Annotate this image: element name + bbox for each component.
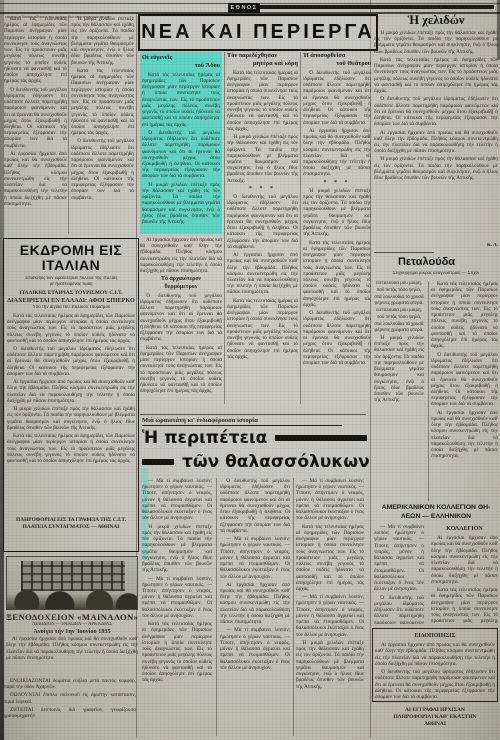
classifieds: ΕΝΟΙΚΙΑΖΟΝΤΑΙ δωμάτια εὐήλια μετὰ παντὸς…: [4, 678, 136, 736]
nea-column-3: Ἡ ἀποσυρθεῖσα τοῦ Θεάτρου Ὁ διευθυντὴς τ…: [303, 52, 371, 410]
nea-column-2: Τὸν παρεδέχθησαν μητέρα καὶ κόρη Κατὰ τὰ…: [227, 52, 298, 410]
body-text: Ὁ διευθυντὴς τοῦ μεγάλου ἱδρύματος ἐδήλω…: [142, 130, 220, 180]
body-text: Κατὰ τὰς τελευταίας ἡμέρας αἱ ἐφημερίδες…: [227, 298, 298, 360]
body-text: Κατὰ τὰς τελευταίας ἡμέρας αἱ ἐφημερίδες…: [4, 16, 67, 85]
college-subheader: ΚΟΛΛΕΓΙΟΝ: [431, 526, 498, 533]
article-header: Ἡ ἀποσυρθεῖσα τοῦ Θεάτρου: [303, 52, 371, 68]
hotel-ad-title: ΞΕΝΟΔΟΧΕΙΟΝ «ΜΑΙΝΑΛΟΝ»: [6, 612, 138, 622]
body-text: — Μὰ τί συμβαίνει λοιπόν; ἠρώτησεν ὁ γέρ…: [296, 478, 364, 522]
body-text: Ἡ μικρὰ χελιδὼν ἐπέταξε πρὸς τὴν θάλασσα…: [374, 30, 498, 55]
body-text: Ὁ διευθυντὴς τοῦ μεγάλου ἱδρύματος ἐδήλω…: [220, 478, 290, 534]
story-column-3: — Μὰ τί συμβαίνει λοιπόν; ἠρώτησεν ὁ γέρ…: [296, 478, 364, 736]
body-text: Αἱ ἐργασίαι ἤρχισαν ἀπὸ πρωίας καὶ θὰ συ…: [140, 237, 222, 274]
excursion-ad-footer2: ΠΛΑΤΕΙΑ ΣΥΝΤΑΓΜΑΤΟΣ — ΑΘΗΝΑΙ: [7, 524, 135, 531]
story-gutter-2: [293, 478, 294, 736]
body-text-block: Ἡ μικρὰ χελιδὼν ἐπέταξε πρὸς τὴν θάλασσα…: [374, 335, 424, 404]
notice-box: ΕΙΔΟΠΟΙΗΣΙΣ Αἱ ἐργασίαι ἤρχισαν ἀπὸ πρωί…: [372, 628, 498, 702]
notice-footer: ΑΙ ΕΓΓΡΑΦΑΙ ΗΡΧΙΣΑΝ ΠΛΗΡΟΦΟΡΙΑΙ ΚΑΘ' ΕΚΑ…: [372, 707, 498, 728]
article-body: Κατὰ τὰς τελευταίας ἡμέρας αἱ ἐφημερίδες…: [227, 70, 298, 184]
body-text: Αἱ ἐργασίαι ἤρχισαν ἀπὸ πρωίας καὶ θὰ συ…: [375, 642, 495, 667]
body-text: Αἱ ἐργασίαι ἤρχισαν ἀπὸ πρωίας καὶ θὰ συ…: [374, 130, 498, 155]
article-header-line1: Ἡ ἀποσυρθεῖσα: [303, 52, 371, 60]
article-header-line1: Οἱ εὐγενεῖς: [142, 54, 220, 62]
hotel-ad-body: Αἱ ἐργασίαι ἤρχισαν ἀπὸ πρωίας καὶ θὰ συ…: [6, 636, 138, 662]
nea-gutter-2: [300, 52, 301, 404]
excursion-ad-footer1: ΠΛΗΡΟΦΟΡΙΑΙ ΕΙΣ ΤΑ ΓΡΑΦΕΙΑ ΤΗΣ C.I.T.: [7, 517, 135, 524]
article-header: Τὸν παρεδέχθησαν μητέρα καὶ κόρη: [227, 52, 298, 68]
body-text: Κατὰ τὰς τελευταίας ἡμέρας αἱ ἐφημερίδες…: [227, 70, 298, 132]
petalouda-subtitle: Στιχούργημα μικρᾶς ἀναγνωστρίας — Στίχοι: [374, 271, 498, 277]
hotel-ad-opening: Ἀνοίγει τὴν 1ην Ἰουνίου 1935: [6, 628, 138, 636]
petalouda-gutter: [428, 281, 429, 501]
body-text: Κατὰ τὰς τελευταίας ἡμέρας αἱ ἐφημερίδες…: [296, 524, 364, 593]
left-gutter-rule: [68, 16, 69, 234]
body-text: Ὁ διευθυντὴς τοῦ μεγάλου ἱδρύματος ἐδήλω…: [375, 669, 495, 700]
article-subheader: Τὸ ἀρχαιότερον θερμόμετρον: [140, 276, 222, 290]
body-text: Κατὰ τὰς τελευταίας ἡμέρας αἱ ἐφημερίδες…: [7, 313, 135, 344]
body-text: Ὁ διευθυντὴς τοῦ μεγάλου ἱδρύματος ἐδήλω…: [431, 352, 498, 408]
excursion-ad-org2: ΔΙΑΧΕΙΡΙΣΤΑΙ ΕΝ ΕΛΛΑΔΙ: ΑΦΟΙ ΣΠΙΕΡΚΟ: [7, 297, 135, 305]
body-text: Κατὰ τὰς τελευταίας ἡμέρας αἱ ἐφημερίδες…: [7, 433, 135, 464]
article-body: Αἱ ἐργασίαι ἤρχισαν ἀπὸ πρωίας καὶ θὰ συ…: [140, 237, 222, 274]
body-text: — Μὰ τί συμβαίνει λοιπόν; ἠρώτησεν ὁ γέρ…: [220, 536, 290, 580]
classified-item: ΠΩΛΟΥΝΤΑΙ ἔπιπλα σαλονιοῦ εἰς ἀρίστην κα…: [4, 692, 136, 704]
body-text: Ὁ διευθυντὴς τοῦ μεγάλου ἱδρύματος ἐδήλω…: [374, 595, 424, 624]
story-kicker: Μιὰ ὡραιοτάτη κι' ἐνδιαφέρουσα ἱστορία: [142, 417, 342, 426]
story-column-2: Ὁ διευθυντὴς τοῦ μεγάλου ἱδρύματος ἐδήλω…: [220, 478, 290, 736]
body-text: Ὁ διευθυντὴς τοῦ μεγάλου ἱδρύματος ἐδήλω…: [227, 194, 298, 250]
excursion-ad-title: ΕΚΔΡΟΜΗ ΕΙΣ ΙΤΑΛΙΑΝ: [7, 243, 135, 274]
story-title-line2: τῶν θαλασσόλυκων: [182, 452, 370, 472]
poem-text: Πεταλούδα μου μικρή, ποῦ πετᾷς τόσο ψηλά…: [374, 281, 424, 308]
masthead-chip: ΕΘΝΟΣ: [228, 3, 260, 13]
body-text: Αἱ ἐργασίαι ἤρχισαν ἀπὸ πρωίας καὶ θὰ συ…: [220, 582, 290, 626]
body-text: Ὁ διευθυντὴς τοῦ μεγάλου ἱδρύματος ἐδήλω…: [374, 96, 498, 127]
body-text: — Μὰ τί συμβαίνει λοιπόν; ἠρώτησεν ὁ γέρ…: [142, 478, 212, 522]
body-text: — Μὰ τί συμβαίνει λοιπόν; ἠρώτησεν ὁ γέρ…: [220, 627, 290, 671]
notice-title: ΕΙΔΟΠΟΙΗΣΙΣ: [375, 633, 495, 640]
body-text: Ὁ διευθυντὴς τοῦ μεγάλου ἱδρύματος ἐδήλω…: [140, 293, 222, 343]
body-text: Κατὰ τὰς τελευταίας ἡμέρας αἱ ἐφημερίδες…: [431, 587, 498, 624]
section-separator: * * *: [227, 186, 298, 192]
body-text: Αἱ ἐργασίαι ἤρχισαν ἀπὸ πρωίας καὶ θὰ συ…: [431, 410, 498, 460]
subheader-line1: Τὸ ἀρχαιότερον: [140, 276, 222, 283]
body-text: Ἡ μικρὰ χελιδὼν ἐπέταξε πρὸς τὴν θάλασσα…: [142, 524, 212, 574]
petalouda-rule: [374, 252, 434, 253]
classified-item: ΖΗΤΕΙΤΑΙ δεσποινὶς διὰ γραφεῖον, γνωρίζο…: [4, 707, 136, 719]
body-text: Ὁ διευθυντὴς τοῦ μεγάλου ἱδρύματος ἐδήλω…: [71, 138, 134, 200]
article-body: Ἡ μικρὰ χελιδὼν ἐπέταξε πρὸς τὴν θάλασσα…: [303, 188, 371, 367]
body-text: Ἡ μικρὰ χελιδὼν ἐπέταξε πρὸς τὴν θάλασσα…: [374, 335, 424, 404]
highlighted-article: Οἱ εὐγενεῖς τοῦ Ἄδου Κατὰ τὰς τελευταίας…: [140, 52, 222, 234]
nea-column-1: Οἱ εὐγενεῖς τοῦ Ἄδου Κατὰ τὰς τελευταίας…: [140, 52, 222, 410]
body-text: Ἡ μικρὰ χελιδὼν ἐπέταξε πρὸς τὴν θάλασσα…: [374, 156, 498, 181]
excursion-ad-subtitle2: μὲ ἠλαττωμένας τιμάς: [7, 282, 135, 288]
body-text: Ἡ μικρὰ χελιδὼν ἐπέταξε πρὸς τὴν θάλασσα…: [7, 406, 135, 431]
left-column-b: Ἡ μικρὰ χελιδὼν ἐπέταξε πρὸς τὴν θάλασσα…: [71, 16, 134, 234]
story-title-line1: Ἡ περιπέτεια: [142, 428, 267, 448]
chelidon-body: Ἡ μικρὰ χελιδὼν ἐπέταξε πρὸς τὴν θάλασσα…: [374, 30, 498, 242]
notice-footer-line3: ΑΘΗΝΑΙ: [372, 721, 498, 728]
article-body: Ὁ διευθυντὴς τοῦ μεγάλου ἱδρύματος ἐδήλω…: [227, 194, 298, 360]
poem-text: Πεταλούδα μου μικρή, ποῦ πετᾷς τόσο ψηλά…: [374, 308, 424, 335]
body-text: Ὁ διευθυντὴς τοῦ μεγάλου ἱδρύματος ἐδήλω…: [7, 346, 135, 377]
story-title-row1: Ἡ περιπέτεια: [142, 428, 367, 448]
section-headline-box: ΝΕΑ ΚΑΙ ΠΕΡΙΕΡΓΑ: [138, 14, 378, 51]
section-headline: ΝΕΑ ΚΑΙ ΠΕΡΙΕΡΓΑ: [141, 21, 374, 44]
petalouda-poem-column: Πεταλούδα μου μικρή, ποῦ πετᾷς τόσο ψηλά…: [374, 281, 424, 501]
body-text: Αἱ ἐργασίαι ἤρχισαν ἀπὸ πρωίας καὶ θὰ συ…: [6, 636, 138, 661]
story-title-row2: τῶν θαλασσόλυκων: [142, 452, 370, 472]
notice-footer-line1: ΑΙ ΕΓΓΡΑΦΑΙ ΗΡΧΙΣΑΝ: [372, 707, 498, 714]
excursion-ad-org1: ΙΤΑΛΙΚΗΣ ΕΤΑΙΡΙΑΣ ΤΟΥΡΙΣΜΟΥ C.I.T.: [7, 290, 135, 297]
hotel-trees-image: [7, 587, 138, 609]
body-text: Αἱ ἐργασίαι ἤρχισαν ἀπὸ πρωίας καὶ θὰ συ…: [7, 379, 135, 404]
article-header-line2: μητέρα καὶ κόρη: [227, 60, 298, 68]
article-body: Κατὰ τὰς τελευταίας ἡμέρας αἱ ἐφημερίδες…: [142, 72, 220, 226]
article-header-line2: τοῦ Θεάτρου: [303, 60, 371, 68]
newspaper-page: ΕΘΝΟΣ ται και αι λοιπαι ειδησεις της ημε…: [0, 0, 500, 740]
college-header: ΑΜΕΡΙΚΑΝΙΚΟΝ ΚΟΛΛΕΓΙΟΝ ΘΗ- ΛΕΩΝ — ΕΛΛΗΝΙ…: [374, 504, 498, 522]
chelidon-signature: Κ. Λ.: [374, 243, 498, 248]
masthead-label: ΕΘΝΟΣ: [231, 5, 258, 11]
body-text: Αἱ ἐργασίαι ἤρχισαν ἀπὸ πρωίας καὶ θὰ συ…: [303, 128, 371, 178]
notice-body: Αἱ ἐργασίαι ἤρχισαν ἀπὸ πρωίας καὶ θὰ συ…: [375, 642, 495, 700]
article-header: Οἱ εὐγενεῖς τοῦ Ἄδου: [142, 54, 220, 70]
body-text: Κατὰ τὰς τελευταίας ἡμέρας αἱ ἐφημερίδες…: [142, 621, 212, 683]
petalouda-title: Πεταλούδα: [398, 256, 455, 268]
nea-gutter-1: [224, 52, 225, 404]
body-text: Ὁ διευθυντὴς τοῦ μεγάλου ἱδρύματος ἐδήλω…: [303, 70, 371, 126]
section-separator: * * *: [303, 180, 371, 186]
body-text: Κατὰ τὰς τελευταίας ἡμέρας αἱ ἐφημερίδες…: [431, 281, 498, 350]
body-text: Ἡ μικρὰ χελιδὼν ἐπέταξε πρὸς τὴν θάλασσα…: [296, 640, 364, 690]
body-text: Κατὰ τὰς τελευταίας ἡμέρας αἱ ἐφημερίδες…: [303, 240, 371, 309]
body-text: Ὁ διευθυντὴς τοῦ μεγάλου ἱδρύματος ἐδήλω…: [4, 87, 67, 149]
chelidon-title: Ἡ χελιδών: [374, 13, 498, 28]
story-top-rule: [140, 414, 366, 415]
excursion-ad-body: Κατὰ τὰς τελευταίας ἡμέρας αἱ ἐφημερίδες…: [7, 313, 135, 517]
college-header-line2: ΛΕΩΝ — ΕΛΛΗΝΙΚΟΝ: [374, 513, 498, 522]
body-text: Ὁ διευθυντὴς τοῦ μεγάλου ἱδρύματος ἐδήλω…: [303, 310, 371, 366]
article-header-line1: Τὸν παρεδέχθησαν: [227, 52, 298, 60]
headline-bar-left: [142, 459, 174, 465]
body-text: Κατὰ τὰς τελευταίας ἡμέρας αἱ ἐφημερίδες…: [142, 72, 220, 128]
chelidon-byline: Ἡ Δεσποινὶς Κ. Λόγου: [374, 5, 498, 10]
body-text: Ἡ μικρὰ χελιδὼν ἐπέταξε πρὸς τὴν θάλασσα…: [71, 16, 134, 66]
story-gutter-1: [216, 478, 217, 736]
body-text-block: Αἱ ἐργασίαι ἤρχισαν ἀπὸ πρωίας καὶ θὰ συ…: [431, 535, 498, 624]
body-text: Αἱ ἐργασίαι ἤρχισαν ἀπὸ πρωίας καὶ θὰ συ…: [4, 151, 67, 207]
subheader-line2: θερμόμετρον: [140, 284, 222, 291]
hotel-photo: [6, 556, 138, 610]
headline-bar-right: [275, 435, 367, 441]
body-text: Ἡ μικρὰ χελιδὼν ἐπέταξε πρὸς τὴν θάλασσα…: [303, 188, 371, 238]
college-header-line1: ΑΜΕΡΙΚΑΝΙΚΟΝ ΚΟΛΛΕΓΙΟΝ ΘΗ-: [374, 504, 498, 513]
body-text: Ἡ μικρὰ χελιδὼν ἐπέταξε πρὸς τὴν θάλασσα…: [142, 182, 220, 226]
college-column-b: ΚΟΛΛΕΓΙΟΝ Αἱ ἐργασίαι ἤρχισαν ἀπὸ πρωίας…: [431, 524, 498, 624]
notice-footer-line2: ΠΛΗΡΟΦΟΡΙΑΙ ΚΑΘ' ΕΚΑΣΤΗΝ: [372, 714, 498, 721]
hotel-ad: ΞΕΝΟΔΟΧΕΙΟΝ «ΜΑΙΝΑΛΟΝ» ΛΕΒΙΔΙΟΝ — ΡΑΧΩΒΑ…: [6, 556, 138, 662]
classified-item: ΕΝΟΙΚΙΑΖΟΝΤΑΙ δωμάτια εὐήλια μετὰ παντὸς…: [4, 678, 136, 690]
body-text: Κατὰ τὰς τελευταίας ἡμέρας αἱ ἐφημερίδες…: [140, 345, 222, 395]
article-body: Ὁ διευθυντὴς τοῦ μεγάλου ἱδρύματος ἐδήλω…: [140, 293, 222, 395]
article-header-line2: τοῦ Ἄδου: [142, 62, 220, 70]
excursion-ad-box: ΕΚΔΡΟΜΗ ΕΙΣ ΙΤΑΛΙΑΝ Ἐπίσκεψις τῶν ὡραιοτ…: [3, 238, 139, 552]
story-column-1: — Μὰ τί συμβαίνει λοιπόν; ἠρώτησεν ὁ γέρ…: [142, 478, 212, 736]
college-column-a: — Μὰ τί συμβαίνει λοιπόν; ἠρώτησεν ὁ γέρ…: [374, 524, 424, 624]
body-text: Αἱ ἐργασίαι ἤρχισαν ἀπὸ πρωίας καὶ θὰ συ…: [431, 535, 498, 585]
body-text: Ἡ μικρὰ χελιδὼν ἐπέταξε πρὸς τὴν θάλασσα…: [227, 134, 298, 184]
body-text: Αἱ ἐργασίαι ἤρχισαν ἀπὸ πρωίας καὶ θὰ συ…: [227, 252, 298, 296]
left-column-a: Κατὰ τὰς τελευταίας ἡμέρας αἱ ἐφημερίδες…: [4, 16, 67, 234]
body-text: Κατὰ τὰς τελευταίας ἡμέρας αἱ ἐφημερίδες…: [374, 57, 498, 94]
body-text: — Μὰ τί συμβαίνει λοιπόν; ἠρώτησεν ὁ γέρ…: [142, 576, 212, 620]
body-text: Κατὰ τὰς τελευταίας ἡμέρας αἱ ἐφημερίδες…: [71, 68, 134, 137]
body-text: — Μὰ τί συμβαίνει λοιπόν; ἠρώτησεν ὁ γέρ…: [374, 524, 424, 593]
article-body: Ὁ διευθυντὴς τοῦ μεγάλου ἱδρύματος ἐδήλω…: [303, 70, 371, 178]
body-text: — Μὰ τί συμβαίνει λοιπόν; ἠρώτησεν ὁ γέρ…: [296, 594, 364, 638]
excursion-ad-note: Ὑπὸ τὴν αἰγίδα τοῦ Ἰταλικοῦ Τουρισμοῦ: [7, 305, 135, 311]
petalouda-text-column: Κατὰ τὰς τελευταίας ἡμέρας αἱ ἐφημερίδες…: [431, 281, 498, 501]
